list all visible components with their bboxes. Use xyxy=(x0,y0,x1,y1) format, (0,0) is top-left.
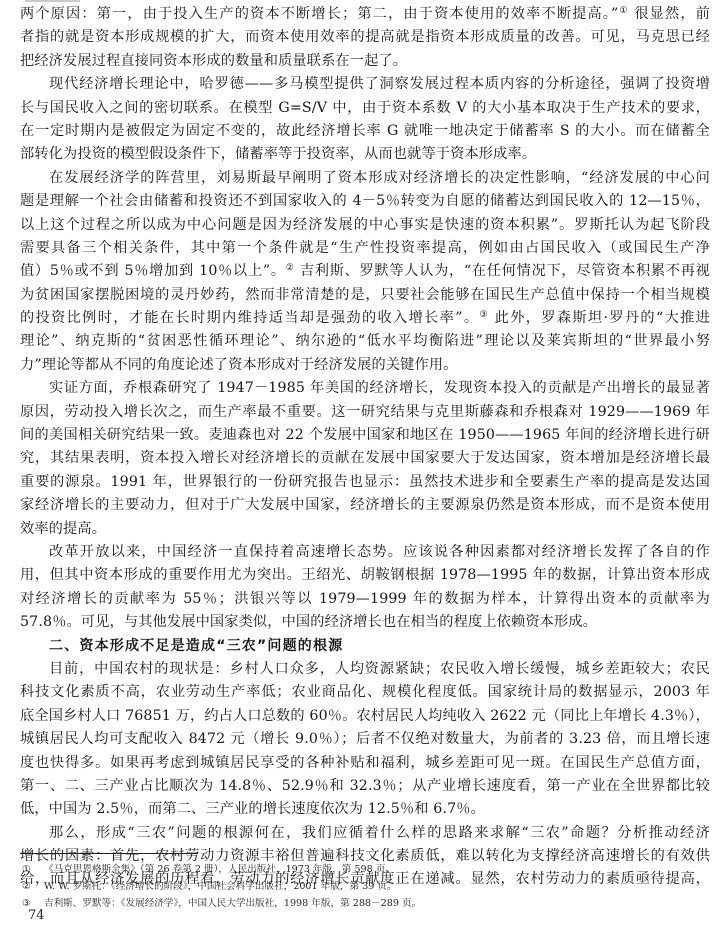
line-text: 实证方面，乔根森研究了 1947－1985 年美国的经济增长，发现资本投入的贡献… xyxy=(49,380,710,396)
footnote-reference: ③ xyxy=(479,310,488,320)
text-line: 那么，形成“三农”问题的根源何在，我们应循着什么样的思路来求解“三农”命题？分析… xyxy=(20,822,710,845)
text-line: 力”理论等都从不同的角度论述了资本形成对于经济发展的关键作用。 xyxy=(20,354,710,377)
text-line: 题是理解一个社会由储蓄和投资还不到国家收入的 4－5％转变为自愿的储蓄达到国民收… xyxy=(20,190,710,213)
text-line: 间的美国相关研究结果一致。麦迪森也对 22 个发展中国家和地区在 1950——1… xyxy=(20,424,710,447)
line-text: 度也快得多。如果再考虑到城镇居民享受的各种补贴和福利，城乡差距可见一斑。在国民生… xyxy=(20,755,710,771)
text-line: 第一、二、三产业占比顺次为 14.8％、52.9％和 32.3％；从产业增长速度… xyxy=(20,775,710,798)
text-line: 度也快得多。如果再考虑到城镇居民享受的各种补贴和福利，城乡差距可见一斑。在国民生… xyxy=(20,752,710,775)
text-line: 者指的就是资本形成规模的扩大，而资本使用效率的提高就是指资本形成质量的改善。可见… xyxy=(20,26,710,49)
text-line: 城镇居民人均可支配收入 8472 元（增长 9.0％）；后者不仅绝对数量大，为前… xyxy=(20,728,710,751)
section-heading: 二、资本形成不足是造成“三农”问题的根源 xyxy=(20,635,710,658)
footnote-3: ③吉利斯、罗默等：《发展经济学》，中国人民大学出版社，1998 年版，第 288… xyxy=(22,896,712,913)
footnote-mark: ① xyxy=(22,862,44,879)
line-text: 把经济发展过程直接同资本形成的数量和质量联系在一起了。 xyxy=(20,53,407,69)
line-text: 长与国民收入之间的密切联系。在模型 G=S/V 中，由于资本系数 V 的大小基本… xyxy=(20,100,710,116)
line-text: 者指的就是资本形成规模的扩大，而资本使用效率的提高就是指资本形成质量的改善。可见… xyxy=(20,29,710,45)
line-text: 为贫困国家摆脱困境的灵丹妙药，然而非常清楚的是，只要社会能够在国民生产总值中保持… xyxy=(20,287,710,303)
text-line: 部转化为投资的模型假设条件下，储蓄率等于投资率，从而也就等于资本形成率。 xyxy=(20,143,710,166)
text-line: 效率的提高。 xyxy=(20,518,710,541)
text-line: 究，其结果表明，资本投入增长对经济增长的贡献在发展中国家要大于发达国家，资本增加… xyxy=(20,447,710,470)
text-line: 的投资比例时，才能在长时期内维持适当却是强劲的收入增长率”。③ 此外，罗森斯坦·… xyxy=(20,307,710,330)
line-text-tail: 吉利斯、罗默等人认为，“在任何情况下，尽管资本积累不再视 xyxy=(295,263,710,279)
footnote-1: ①《马克思恩格斯全集》（第 26 卷第 2 册），人民出版社，1973 年版，第… xyxy=(22,862,712,879)
line-text: 原因，劳动投入增长次之，而生产率最不重要。这一研究结果与克里斯藤森和乔根森对 1… xyxy=(20,404,710,420)
body-text: 两个原因：第一，由于投入生产的资本不断增长；第二，由于资本使用的效率不断提高。”… xyxy=(20,3,710,892)
footnote-reference: ① xyxy=(618,6,628,16)
line-text: 城镇居民人均可支配收入 8472 元（增长 9.0％）；后者不仅绝对数量大，为前… xyxy=(20,731,710,747)
line-text: 值）5％或不到 5％增加到 10％以上”。 xyxy=(20,263,286,279)
line-text: 家经济增长的主要动力，但对于广大发展中国家，经济增长的主要源泉仍然是资本形成，而… xyxy=(20,497,710,513)
line-text: 在发展经济学的阵营里，刘易斯最早阐明了资本形成对经济增长的决定性影响，“经济发展… xyxy=(49,170,710,186)
page-number: 74 xyxy=(28,908,45,923)
footnote-text: 《马克思恩格斯全集》（第 26 卷第 2 册），人民出版社，1973 年版，第 … xyxy=(44,864,395,875)
text-line: 值）5％或不到 5％增加到 10％以上”。② 吉利斯、罗默等人认为，“在任何情况… xyxy=(20,260,710,283)
text-line: 长与国民收入之间的密切联系。在模型 G=S/V 中，由于资本系数 V 的大小基本… xyxy=(20,97,710,120)
footnote-text: W. W. 罗斯托：《经济增长的阶段》，中国社会科学出版社，2001 年版，第 … xyxy=(44,881,397,892)
text-line: 对经济增长的贡献率为 55％；洪银兴等以 1979—1999 年的数据为样本，计… xyxy=(20,588,710,611)
text-line: 以上这个过程之所以成为中心问题是因为经济发展的中心事实是快速的资本积累”。罗斯托… xyxy=(20,214,710,237)
line-text: 力”理论等都从不同的角度论述了资本形成对于经济发展的关键作用。 xyxy=(20,357,458,373)
line-text: 理论”、纳克斯的“贫困恶性循环理论”、纳尔逊的“低水平均衡陷进”理论以及莱宾斯坦… xyxy=(20,333,710,349)
text-line: 57.8％。可见，与其他发展中国家类似，中国的经济增长也在相当的程度上依赖资本形… xyxy=(20,611,710,634)
line-text: 科技文化素质不高，农业劳动生产率低；农业商品化、规模化程度低。国家统计局的数据显… xyxy=(20,684,710,700)
text-line: 家经济增长的主要动力，但对于广大发展中国家，经济增长的主要源泉仍然是资本形成，而… xyxy=(20,494,710,517)
line-text: 57.8％。可见，与其他发展中国家类似，中国的经济增长也在相当的程度上依赖资本形… xyxy=(20,614,597,630)
footnote-2: ②W. W. 罗斯托：《经济增长的阶段》，中国社会科学出版社，2001 年版，第… xyxy=(22,879,712,896)
text-line: 在一定时期内是被假定为固定不变的，故此经济增长率 G 就唯一地决定于储蓄率 S … xyxy=(20,120,710,143)
text-line: 底全国乡村人口 76851 万，约占人口总数的 60％。农村居民人均纯收入 26… xyxy=(20,705,710,728)
line-text: 在一定时期内是被假定为固定不变的，故此经济增长率 G 就唯一地决定于储蓄率 S … xyxy=(20,123,710,139)
text-line: 目前，中国农村的现状是：乡村人口众多，人均资源紧缺；农民收入增长缓慢，城乡差距较… xyxy=(20,658,710,681)
line-text: 以上这个过程之所以成为中心问题是因为经济发展的中心事实是快速的资本积累”。罗斯托… xyxy=(20,217,710,233)
footnote-separator xyxy=(20,853,198,854)
line-text: 低，中国为 2.5％，而第二、三产业的增长速度依次为 12.5％和 6.7％。 xyxy=(20,801,485,817)
text-line: 理论”、纳克斯的“贫困恶性循环理论”、纳尔逊的“低水平均衡陷进”理论以及莱宾斯坦… xyxy=(20,330,710,353)
line-text: 对经济增长的贡献率为 55％；洪银兴等以 1979—1999 年的数据为样本，计… xyxy=(20,591,710,607)
text-line: 改革开放以来，中国经济一直保持着高速增长态势。应该说各种因素都对经济增长发挥了各… xyxy=(20,541,710,564)
line-text: 的投资比例时，才能在长时期内维持适当却是强劲的收入增长率”。 xyxy=(20,310,479,326)
footnotes: ①《马克思恩格斯全集》（第 26 卷第 2 册），人民出版社，1973 年版，第… xyxy=(22,862,712,912)
scan-edge-mark xyxy=(25,0,80,2)
line-text: 改革开放以来，中国经济一直保持着高速增长态势。应该说各种因素都对经济增长发挥了各… xyxy=(49,544,710,560)
text-line: 重要的源泉。1991 年，世界银行的一份研究报告也显示：虽然技术进步和全要素生产… xyxy=(20,471,710,494)
line-text: 间的美国相关研究结果一致。麦迪森也对 22 个发展中国家和地区在 1950——1… xyxy=(20,427,710,443)
text-line: 需要具备三个相关条件，其中第一个条件就是“生产性投资率提高，例如由占国民收入（或… xyxy=(20,237,710,260)
text-line: 现代经济增长理论中，哈罗德——多马模型提供了洞察发展过程本质内容的分析途径，强调… xyxy=(20,73,710,96)
line-text: 二、资本形成不足是造成“三农”问题的根源 xyxy=(49,638,343,654)
line-text: 两个原因：第一，由于投入生产的资本不断增长；第二，由于资本使用的效率不断提高。” xyxy=(20,6,618,22)
text-line: 两个原因：第一，由于投入生产的资本不断增长；第二，由于资本使用的效率不断提高。”… xyxy=(20,3,710,26)
text-line: 低，中国为 2.5％，而第二、三产业的增长速度依次为 12.5％和 6.7％。 xyxy=(20,798,710,821)
line-text: 部转化为投资的模型假设条件下，储蓄率等于投资率，从而也就等于资本形成率。 xyxy=(20,146,536,162)
text-line: 原因，劳动投入增长次之，而生产率最不重要。这一研究结果与克里斯藤森和乔根森对 1… xyxy=(20,401,710,424)
line-text: 究，其结果表明，资本投入增长对经济增长的贡献在发展中国家要大于发达国家，资本增加… xyxy=(20,450,710,466)
text-line: 科技文化素质不高，农业劳动生产率低；农业商品化、规模化程度低。国家统计局的数据显… xyxy=(20,681,710,704)
text-line: 实证方面，乔根森研究了 1947－1985 年美国的经济增长，发现资本投入的贡献… xyxy=(20,377,710,400)
footnote-text: 吉利斯、罗默等：《发展经济学》，中国人民大学出版社，1998 年版，第 288－… xyxy=(44,898,421,909)
line-text: 重要的源泉。1991 年，世界银行的一份研究报告也显示：虽然技术进步和全要素生产… xyxy=(20,474,710,490)
line-text: 现代经济增长理论中，哈罗德——多马模型提供了洞察发展过程本质内容的分析途径，强调… xyxy=(49,76,710,92)
line-text: 那么，形成“三农”问题的根源何在，我们应循着什么样的思路来求解“三农”命题？分析… xyxy=(49,825,710,841)
line-text: 题是理解一个社会由储蓄和投资还不到国家收入的 4－5％转变为自愿的储蓄达到国民收… xyxy=(20,193,710,209)
line-text: 用，但其中资本形成的重要作用尤为突出。王绍光、胡鞍钢根据 1978—1995 年… xyxy=(20,567,710,583)
line-text-tail: 此外，罗森斯坦·罗丹的“大推进 xyxy=(489,310,710,326)
text-line: 为贫困国家摆脱困境的灵丹妙药，然而非常清楚的是，只要社会能够在国民生产总值中保持… xyxy=(20,284,710,307)
line-text: 目前，中国农村的现状是：乡村人口众多，人均资源紧缺；农民收入增长缓慢，城乡差距较… xyxy=(49,661,710,677)
line-text: 效率的提高。 xyxy=(20,521,106,537)
line-text: 第一、二、三产业占比顺次为 14.8％、52.9％和 32.3％；从产业增长速度… xyxy=(20,778,710,794)
text-line: 用，但其中资本形成的重要作用尤为突出。王绍光、胡鞍钢根据 1978—1995 年… xyxy=(20,564,710,587)
footnote-mark: ② xyxy=(22,879,44,896)
line-text-tail: 很显然，前 xyxy=(629,6,710,22)
footnote-reference: ② xyxy=(286,263,295,273)
text-line: 把经济发展过程直接同资本形成的数量和质量联系在一起了。 xyxy=(20,50,710,73)
line-text: 底全国乡村人口 76851 万，约占人口总数的 60％。农村居民人均纯收入 26… xyxy=(20,708,710,724)
text-line: 在发展经济学的阵营里，刘易斯最早阐明了资本形成对经济增长的决定性影响，“经济发展… xyxy=(20,167,710,190)
line-text: 需要具备三个相关条件，其中第一个条件就是“生产性投资率提高，例如由占国民收入（或… xyxy=(20,240,710,256)
